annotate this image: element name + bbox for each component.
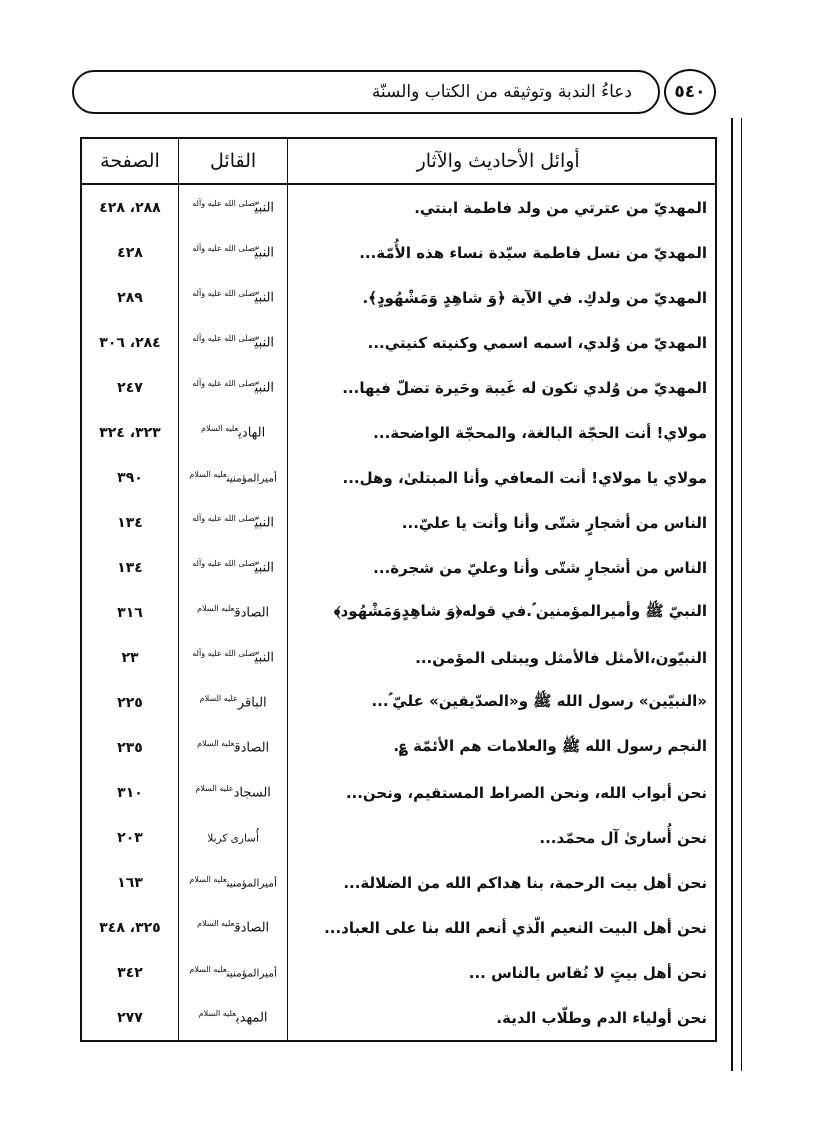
speaker-name: النبيّ [255,651,274,666]
speaker-name: النبيّ [255,291,274,306]
speaker-name: النبيّ [255,516,274,531]
speaker-cell: النبيّصلى الله عليه وآله [178,365,287,410]
page-reference: ٢٨٨، ٤٢٨ [81,184,178,230]
honorific-icon: صلى الله عليه وآله [192,289,254,298]
speaker-cell: الصادقعليه السلام [178,590,287,635]
page-reference: ٢٤٧ [81,365,178,410]
page-number-badge: ٥٤٠ [664,69,716,115]
speaker-name: الصادق [234,741,269,756]
table-row: المهديّ من نسل فاطمة سيّدة نساء هذه الأُ… [81,230,716,275]
honorific-icon: صلى الله عليه وآله [192,199,254,208]
speaker-name: النبيّ [255,246,274,261]
speaker-cell: الصادقعليه السلام [178,725,287,770]
page-reference: ٢٣٥ [81,725,178,770]
honorific-icon: عليه السلام [195,784,233,793]
speaker-cell: النبيّصلى الله عليه وآله [178,275,287,320]
speaker-name: الهادي [238,426,265,441]
page-reference: ١٣٤ [81,545,178,590]
running-header: دعاءُ الندبة وتوثيقه من الكتاب والسنّة [72,70,660,114]
table-header-row: أوائل الأحاديث والآثار القائل الصفحة [81,138,716,184]
hadith-opening-text: المهديّ من وُلدي، اسمه اسمي وكنيته كنيتي… [288,320,716,365]
speaker-name: الباقر [238,696,267,711]
speaker-cell: الهاديعليه السلام [178,410,287,455]
margin-rule-inner [741,118,742,1071]
page-reference: ٢٨٩ [81,275,178,320]
honorific-icon: عليه السلام [201,424,238,433]
table-row: المهديّ من وُلدي تكون له غَيبة وحَيرة تض… [81,365,716,410]
column-header-page: الصفحة [81,138,178,184]
table-row: نحن أهل البيت النعيم الّذي أنعم الله بنا… [81,905,716,950]
column-header-speaker: القائل [178,138,287,184]
speaker-cell: النبيّصلى الله عليه وآله [178,320,287,365]
table-row: الناس من أشجارٍ شتّى وأنا وأنت يا عليّ..… [81,500,716,545]
speaker-name: النبيّ [255,201,274,216]
hadith-opening-text: نحن أُسارىٰ آل محمّد... [288,815,716,860]
page-reference: ٢٠٣ [81,815,178,860]
speaker-cell: الصادقعليه السلام [178,905,287,950]
speaker-name: النبيّ [255,561,274,576]
speaker-cell: الباقرعليه السلام [178,680,287,725]
table-row: المهديّ من عترتي من ولد فاطمة ابنتي.النب… [81,184,716,230]
table-row: نحن أهل بيتٍ لا نُقاس بالناس ...أميرالمؤ… [81,950,716,995]
speaker-cell: النبيّصلى الله عليه وآله [178,635,287,680]
speaker-name: الصادق [234,606,269,621]
hadith-opening-text: نحن أبواب الله، ونحن الصراط المستقيم، ون… [288,770,716,815]
honorific-icon: صلى الله عليه وآله [192,559,254,568]
speaker-name: المهدي [236,1011,268,1026]
page-reference: ١٣٤ [81,500,178,545]
table-row: مولاي! أنت الحجّة البالغة، والمحجّة الوا… [81,410,716,455]
honorific-icon: عليه السلام [197,604,234,613]
speaker-name: أميرالمؤمنين [227,878,277,890]
speaker-cell: النبيّصلى الله عليه وآله [178,230,287,275]
margin-rule-outer [731,118,733,1071]
honorific-icon: عليه السلام [197,739,234,748]
hadith-opening-text: النبيّ ﷺ وأميرالمؤمنين ؑ.في قوله﴿وَ شاهِ… [288,590,716,635]
hadith-opening-text: مولاي يا مولاي! أنت المعافي وأنا المبتلى… [288,455,716,500]
page-reference: ٣٢٥، ٣٤٨ [81,905,178,950]
table-row: نحن أولياء الدم وطلّاب الدية.المهديعليه … [81,995,716,1041]
speaker-name: السجاد [234,786,271,801]
speaker-cell: أميرالمؤمنينعليه السلام [178,860,287,905]
speaker-cell: أميرالمؤمنينعليه السلام [178,455,287,500]
page-reference: ١٦٣ [81,860,178,905]
table-row: نحن أبواب الله، ونحن الصراط المستقيم، ون… [81,770,716,815]
honorific-icon: صلى الله عليه وآله [192,514,254,523]
speaker-cell: السجادعليه السلام [178,770,287,815]
table-row: «النبيّين» رسول الله ﷺ و«الصدّيقين» عليّ… [81,680,716,725]
table-row: الناس من أشجارٍ شتّى وأنا وعليّ من شجرة.… [81,545,716,590]
hadith-opening-text: النجم رسول الله ﷺ والعلامات هم الأئمّة ؏… [288,725,716,770]
page-number: ٥٤٠ [674,82,705,102]
hadith-opening-text: النبيّون،الأمثل فالأمثل ويبتلى المؤمن... [288,635,716,680]
speaker-name: الصادق [234,921,269,936]
speaker-name: أميرالمؤمنين [227,968,277,980]
hadith-index-table: أوائل الأحاديث والآثار القائل الصفحة الم… [80,137,717,1042]
table-row: النبيّ ﷺ وأميرالمؤمنين ؑ.في قوله﴿وَ شاهِ… [81,590,716,635]
table-row: المهديّ من ولدكِ. في الآية ﴿وَ شاهِدٍ وَ… [81,275,716,320]
speaker-cell: أُسارى كربلا [178,815,287,860]
table-row: النجم رسول الله ﷺ والعلامات هم الأئمّة ؏… [81,725,716,770]
speaker-cell: المهديعليه السلام [178,995,287,1041]
page-reference: ٢٣ [81,635,178,680]
speaker-cell: النبيّصلى الله عليه وآله [178,545,287,590]
page-reference: ٣٩٠ [81,455,178,500]
honorific-icon: صلى الله عليه وآله [192,649,254,658]
table-row: مولاي يا مولاي! أنت المعافي وأنا المبتلى… [81,455,716,500]
page-reference: ٢٢٥ [81,680,178,725]
page-reference: ٣١٠ [81,770,178,815]
table-row: المهديّ من وُلدي، اسمه اسمي وكنيته كنيتي… [81,320,716,365]
header-title: دعاءُ الندبة وتوثيقه من الكتاب والسنّة [372,82,632,102]
speaker-name: أُسارى كربلا [207,833,259,845]
honorific-icon: صلى الله عليه وآله [192,379,254,388]
hadith-opening-text: المهديّ من ولدكِ. في الآية ﴿وَ شاهِدٍ وَ… [288,275,716,320]
column-header-text: أوائل الأحاديث والآثار [288,138,716,184]
hadith-opening-text: المهديّ من نسل فاطمة سيّدة نساء هذه الأُ… [288,230,716,275]
honorific-icon: عليه السلام [200,694,238,703]
speaker-cell: النبيّصلى الله عليه وآله [178,500,287,545]
hadith-opening-text: الناس من أشجارٍ شتّى وأنا وأنت يا عليّ..… [288,500,716,545]
speaker-cell: النبيّصلى الله عليه وآله [178,184,287,230]
honorific-icon: عليه السلام [189,470,226,479]
speaker-name: النبيّ [255,336,274,351]
honorific-icon: عليه السلام [199,1009,236,1018]
honorific-icon: صلى الله عليه وآله [192,244,254,253]
page-reference: ٢٧٧ [81,995,178,1041]
hadith-opening-text: نحن أهل بيت الرحمة، بنا هداكم الله من ال… [288,860,716,905]
honorific-icon: عليه السلام [197,919,234,928]
hadith-opening-text: المهديّ من وُلدي تكون له غَيبة وحَيرة تض… [288,365,716,410]
speaker-cell: أميرالمؤمنينعليه السلام [178,950,287,995]
page-reference: ٣١٦ [81,590,178,635]
hadith-opening-text: مولاي! أنت الحجّة البالغة، والمحجّة الوا… [288,410,716,455]
table-row: نحن أهل بيت الرحمة، بنا هداكم الله من ال… [81,860,716,905]
honorific-icon: عليه السلام [189,875,226,884]
hadith-opening-text: نحن أهل بيتٍ لا نُقاس بالناس ... [288,950,716,995]
hadith-opening-text: نحن أهل البيت النعيم الّذي أنعم الله بنا… [288,905,716,950]
table-row: النبيّون،الأمثل فالأمثل ويبتلى المؤمن...… [81,635,716,680]
hadith-opening-text: «النبيّين» رسول الله ﷺ و«الصدّيقين» عليّ… [288,680,716,725]
page-reference: ٢٨٤، ٣٠٦ [81,320,178,365]
honorific-icon: صلى الله عليه وآله [192,334,254,343]
page-reference: ٤٢٨ [81,230,178,275]
page-reference: ٣٤٢ [81,950,178,995]
speaker-name: أميرالمؤمنين [227,473,277,485]
hadith-opening-text: نحن أولياء الدم وطلّاب الدية. [288,995,716,1041]
hadith-opening-text: الناس من أشجارٍ شتّى وأنا وعليّ من شجرة.… [288,545,716,590]
speaker-name: النبيّ [255,381,274,396]
hadith-opening-text: المهديّ من عترتي من ولد فاطمة ابنتي. [288,184,716,230]
page-reference: ٣٢٣، ٣٢٤ [81,410,178,455]
table-row: نحن أُسارىٰ آل محمّد...أُسارى كربلا٢٠٣ [81,815,716,860]
honorific-icon: عليه السلام [189,965,226,974]
